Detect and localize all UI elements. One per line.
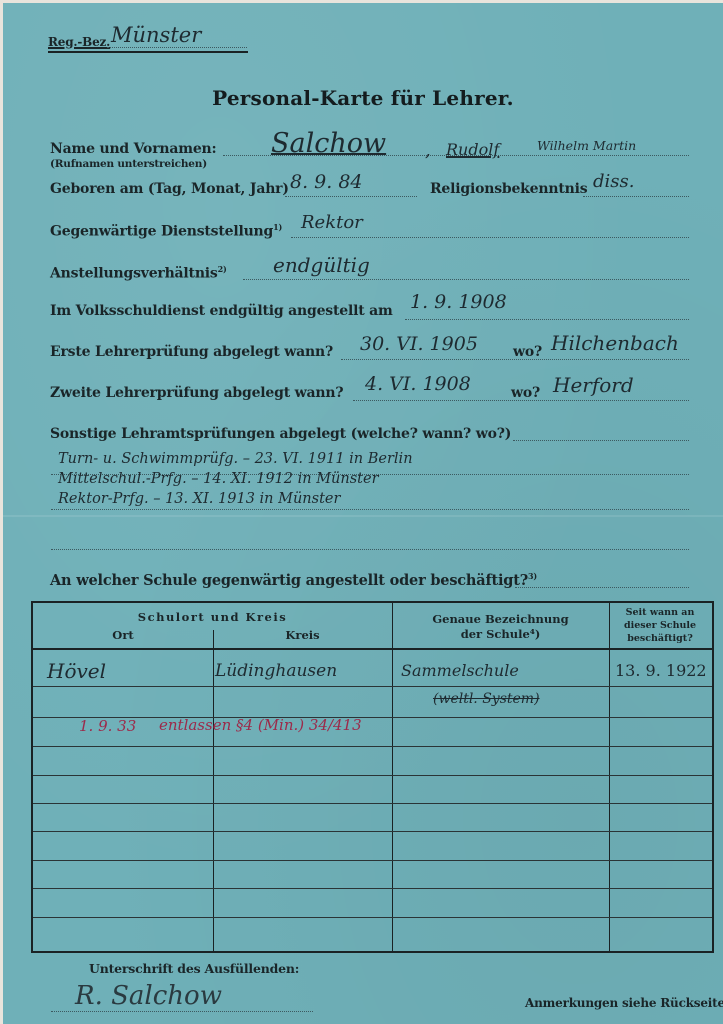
header-schulort-kreis: Schulort und Kreis [33, 610, 392, 624]
second-exam-date: 4. VI. 1908 [365, 373, 471, 395]
position-label-text: Gegenwärtige Dienststellung [50, 224, 273, 240]
cell-ort: Hövel [47, 659, 106, 683]
other-exam-line: Mittelschul.-Prfg. – 14. XI. 1912 in Mün… [58, 471, 379, 487]
row-rule [33, 831, 712, 832]
position-label: Gegenwärtige Dienststellung1) [50, 222, 282, 240]
current-school-label-text: An welcher Schule gegenwärtig angestellt… [50, 572, 528, 589]
row-rule [33, 917, 712, 918]
header-bezeichnung-1: Genaue Bezeichnung [392, 612, 609, 626]
employment-label-text: Anstellungsverhältnis [50, 266, 218, 282]
row-rule [33, 888, 712, 889]
reg-bez-value: Münster [111, 23, 201, 47]
current-school-dots [515, 587, 689, 588]
header-bezeichnung-2: der Schule⁴) [392, 627, 609, 641]
cell-bezeichnung-struck: (weltl. System) [433, 691, 540, 707]
other-exams-label: Sonstige Lehramtsprüfungen abgelegt (wel… [50, 426, 511, 442]
first-exam-where-label: wo? [513, 344, 542, 360]
other-exams-dots-3 [51, 549, 689, 550]
row-rule [33, 746, 712, 747]
first-exam-date: 30. VI. 1905 [360, 333, 478, 355]
remark-back-side: Anmerkungen siehe Rückseite. [525, 996, 723, 1010]
name-sublabel: (Rufnamen unterstreichen) [50, 158, 207, 170]
cell-seit: 13. 9. 1922 [615, 661, 707, 680]
birth-value: 8. 9. 84 [290, 171, 363, 193]
surname-value: Salchow [271, 128, 386, 159]
signature: R. Salchow [75, 981, 222, 1011]
first-name-value: Rudolf [446, 140, 499, 159]
second-exam-where: Herford [553, 373, 634, 397]
position-value: Rektor [301, 212, 363, 233]
col-divider-kreis-bez [392, 603, 393, 951]
personnel-card: Reg.-Bez. Münster Personal-Karte für Leh… [3, 3, 723, 1024]
permanent-label: Im Volksschuldienst endgültig angestellt… [50, 303, 393, 319]
other-exam-line: Turn- u. Schwimmprüfg. – 23. VI. 1911 in… [58, 451, 413, 467]
header-kreis: Kreis [213, 628, 392, 642]
religion-dots [583, 196, 689, 197]
religion-value: diss. [593, 171, 634, 192]
row-rule [33, 775, 712, 776]
name-label: Name und Vornamen: [50, 141, 217, 157]
current-school-label: An welcher Schule gegenwärtig angestellt… [50, 571, 537, 589]
footnote-1: 1) [273, 222, 282, 232]
header-seit-3: beschäftigt? [609, 633, 711, 645]
employment-label: Anstellungsverhältnis2) [50, 264, 227, 282]
name-separator: , [425, 140, 431, 161]
header-seit-1: Seit wann an [609, 607, 711, 619]
row-rule [33, 860, 712, 861]
religion-label: Religionsbekenntnis [430, 181, 587, 197]
col-divider-bez-seit [609, 603, 610, 951]
cell-kreis: Lüdinghausen [215, 661, 337, 681]
fold-crease [3, 515, 723, 517]
position-dots [291, 237, 689, 238]
first-exam-where: Hilchenbach [551, 331, 679, 355]
middle-names-value: Wilhelm Martin [537, 138, 636, 153]
first-exam-label: Erste Lehrerprüfung abgelegt wann? [50, 344, 333, 360]
signature-dots [51, 1011, 313, 1012]
other-exams-dots-0 [513, 440, 689, 441]
birth-label: Geboren am (Tag, Monat, Jahr) [50, 181, 289, 197]
school-table: Schulort und Kreis Ort Kreis Genaue Beze… [31, 601, 714, 953]
reg-bez-underline [48, 51, 248, 53]
permanent-value: 1. 9. 1908 [410, 291, 507, 313]
cell-bezeichnung: Sammelschule [401, 661, 519, 680]
page-title: Personal-Karte für Lehrer. [3, 86, 723, 110]
second-exam-label: Zweite Lehrerprüfung abgelegt wann? [50, 385, 343, 401]
permanent-dots [405, 319, 689, 320]
employment-value: endgültig [273, 253, 370, 277]
footnote-2: 2) [218, 264, 227, 274]
red-note-text: entlassen §4 (Min.) 34/413 [159, 716, 362, 734]
birth-dots [285, 196, 417, 197]
footnote-3: 3) [528, 571, 537, 581]
other-exams-dots-2 [51, 509, 689, 510]
header-bottom-rule [33, 648, 712, 650]
employment-dots [243, 279, 689, 280]
signature-label: Unterschrift des Ausfüllenden: [89, 961, 299, 976]
col-divider-ort-kreis [213, 630, 214, 951]
second-exam-where-label: wo? [511, 385, 540, 401]
row-rule [33, 803, 712, 804]
reg-bez-label: Reg.-Bez. [48, 35, 110, 49]
row-rule [33, 686, 712, 687]
other-exam-line: Rektor-Prfg. – 13. XI. 1913 in Münster [58, 491, 340, 507]
header-ort: Ort [33, 628, 213, 642]
red-note-date: 1. 9. 33 [79, 717, 136, 735]
header-seit-2: dieser Schule [609, 620, 711, 632]
reg-bez-dots [107, 47, 247, 48]
